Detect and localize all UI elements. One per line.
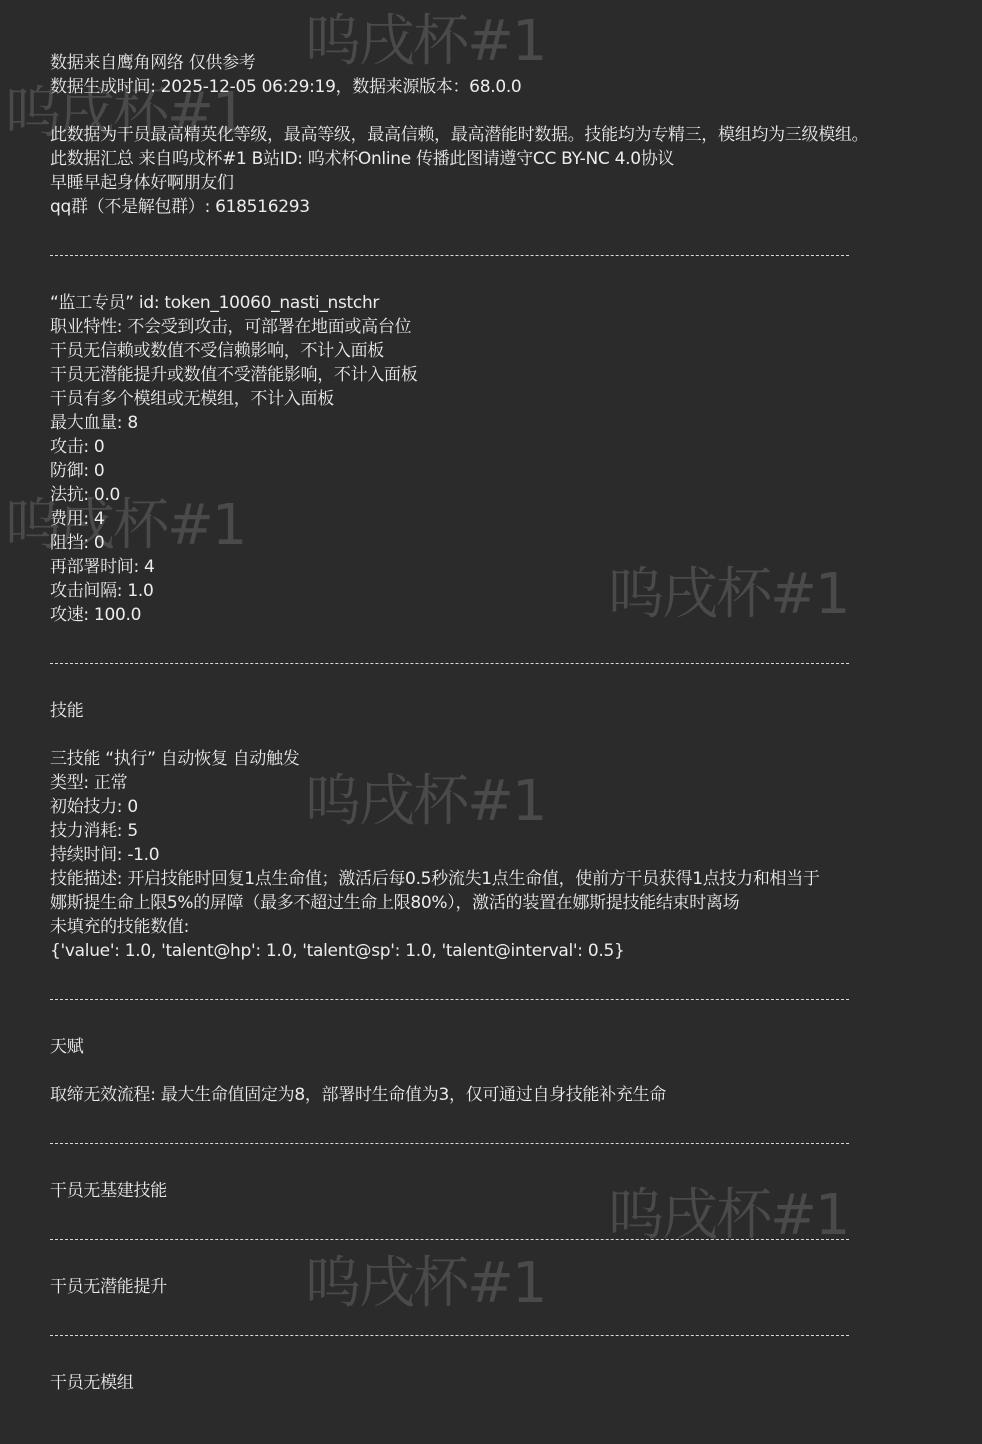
spacer [50, 1155, 970, 1179]
section-divider [50, 987, 970, 1011]
operator-trait: 职业特性: 不会受到攻击，可部署在地面或高台位 [50, 315, 970, 339]
stat-resistance: 法抗: 0.0 [50, 483, 970, 507]
spacer [50, 1011, 970, 1035]
qq-group-note: qq群（不是解包群）: 618516293 [50, 195, 970, 219]
potentials-text: 干员无潜能提升 [50, 1275, 970, 1299]
skills-section: 技能 三技能 “执行” 自动恢复 自动触发 类型: 正常 初始技力: 0 技力消… [50, 699, 970, 963]
skill-description-cont: 娜斯提生命上限5%的屏障（最多不超过生命上限80%），激活的装置在娜斯提技能结束… [50, 891, 970, 915]
spacer [50, 1107, 970, 1131]
modules-section: 干员无模组 [50, 1371, 970, 1395]
stat-defense: 防御: 0 [50, 459, 970, 483]
operator-section: “监工专员” id: token_10060_nasti_nstchr 职业特性… [50, 291, 970, 627]
spacer [50, 1203, 970, 1227]
base-skills-section: 干员无基建技能 [50, 1179, 970, 1203]
spacer [50, 1299, 970, 1323]
data-scope-note: 此数据为干员最高精英化等级，最高等级，最高信赖，最高潜能时数据。技能均为专精三，… [50, 123, 970, 147]
spacer [50, 1059, 970, 1083]
potentials-section: 干员无潜能提升 [50, 1275, 970, 1299]
spacer [50, 675, 970, 699]
section-divider [50, 243, 970, 267]
skill-duration: 持续时间: -1.0 [50, 843, 970, 867]
stat-redeploy-time: 再部署时间: 4 [50, 555, 970, 579]
greeting-note: 早睡早起身体好啊朋友们 [50, 171, 970, 195]
skill-sp-cost: 技力消耗: 5 [50, 819, 970, 843]
section-divider [50, 1227, 970, 1251]
spacer [50, 1251, 970, 1275]
stat-block: 阻挡: 0 [50, 531, 970, 555]
section-divider [50, 1323, 970, 1347]
skill-title: 三技能 “执行” 自动恢复 自动触发 [50, 747, 970, 771]
talents-heading: 天赋 [50, 1035, 970, 1059]
trust-note: 干员无信赖或数值不受信赖影响，不计入面板 [50, 339, 970, 363]
skills-heading: 技能 [50, 699, 970, 723]
stat-attack-speed: 攻速: 100.0 [50, 603, 970, 627]
stat-cost: 费用: 4 [50, 507, 970, 531]
modules-text: 干员无模组 [50, 1371, 970, 1395]
skill-unfilled-values: {'value': 1.0, 'talent@hp': 1.0, 'talent… [50, 939, 970, 963]
spacer [50, 627, 970, 651]
talent-item: 取缔无效流程: 最大生命值固定为8，部署时生命值为3，仅可通过自身技能补充生命 [50, 1083, 970, 1107]
skill-type: 类型: 正常 [50, 771, 970, 795]
operator-data-document: 数据来自鹰角网络 仅供参考 数据生成时间: 2025-12-05 06:29:1… [50, 51, 970, 1395]
generation-time: 数据生成时间: 2025-12-05 06:29:19，数据来源版本：68.0.… [50, 75, 970, 99]
skill-initial-sp: 初始技力: 0 [50, 795, 970, 819]
operator-title: “监工专员” id: token_10060_nasti_nstchr [50, 291, 970, 315]
spacer [50, 99, 970, 123]
skill-description: 技能描述: 开启技能时回复1点生命值；激活后每0.5秒流失1点生命值，使前方干员… [50, 867, 970, 891]
section-divider [50, 1131, 970, 1155]
attribution-note: 此数据汇总 来自呜戌杯#1 B站ID: 呜术杯Online 传播此图请遵守CC … [50, 147, 970, 171]
potential-note: 干员无潜能提升或数值不受潜能影响，不计入面板 [50, 363, 970, 387]
stat-attack: 攻击: 0 [50, 435, 970, 459]
talents-section: 天赋 取缔无效流程: 最大生命值固定为8，部署时生命值为3，仅可通过自身技能补充… [50, 1035, 970, 1107]
spacer [50, 267, 970, 291]
skill-unfilled-label: 未填充的技能数值: [50, 915, 970, 939]
base-skills-text: 干员无基建技能 [50, 1179, 970, 1203]
spacer [50, 723, 970, 747]
stat-max-hp: 最大血量: 8 [50, 411, 970, 435]
section-divider [50, 651, 970, 675]
spacer [50, 1347, 970, 1371]
source-note: 数据来自鹰角网络 仅供参考 [50, 51, 970, 75]
spacer [50, 963, 970, 987]
module-note: 干员有多个模组或无模组，不计入面板 [50, 387, 970, 411]
header-section: 数据来自鹰角网络 仅供参考 数据生成时间: 2025-12-05 06:29:1… [50, 51, 970, 219]
stat-attack-interval: 攻击间隔: 1.0 [50, 579, 970, 603]
spacer [50, 219, 970, 243]
